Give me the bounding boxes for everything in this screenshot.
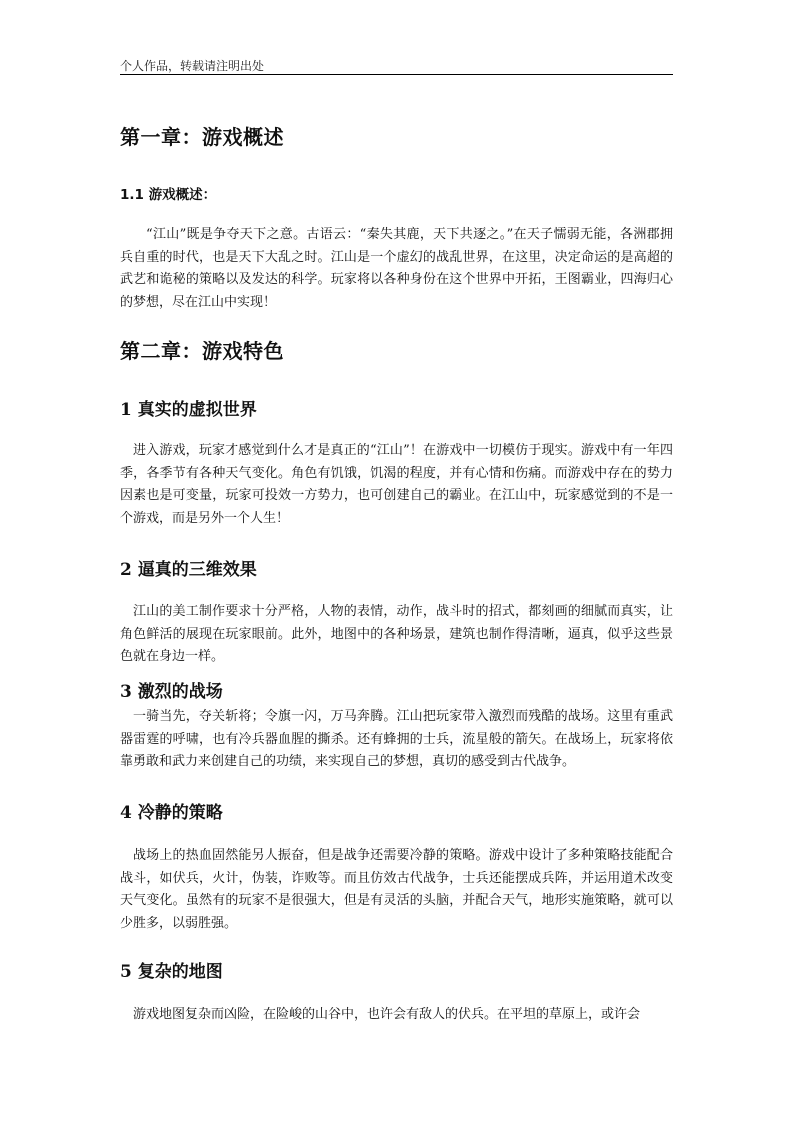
- chapter-1-title: 第一章：游戏概述: [120, 121, 284, 150]
- feature-3-title: 3 激烈的战场: [120, 677, 223, 702]
- feature-5-body: 游戏地图复杂而凶险，在险峻的山谷中，也许会有敌人的伏兵。在平坦的草原上，或许会: [120, 1004, 673, 1027]
- section-1-1-body: “江山”既是争夺天下之意。古语云：“秦失其鹿，天下共逐之。”在天子懦弱无能，各洲…: [120, 224, 673, 314]
- feature-1-body: 进入游戏，玩家才感觉到什么才是真正的“江山”！在游戏中一切模仿于现实。游戏中有一…: [120, 440, 673, 530]
- feature-4-body: 战场上的热血固然能另人振奋，但是战争还需要冷静的策略。游戏中设计了多种策略技能配…: [120, 845, 673, 935]
- feature-3-body: 一骑当先，夺关斩将；令旗一闪，万马奔腾。江山把玩家带入激烈而残酷的战场。这里有重…: [120, 706, 673, 774]
- feature-2-title: 2 逼真的三维效果: [120, 555, 257, 580]
- feature-5-title: 5 复杂的地图: [120, 957, 223, 982]
- section-1-1-title: 1.1 游戏概述：: [120, 183, 216, 203]
- header-text: 个人作品，转载请注明出处: [120, 57, 264, 74]
- chapter-2-title: 第二章：游戏特色: [120, 335, 284, 364]
- feature-1-title: 1 真实的虚拟世界: [120, 395, 257, 420]
- page-header: 个人作品，转载请注明出处: [120, 56, 673, 75]
- feature-4-title: 4 冷静的策略: [120, 798, 223, 823]
- feature-2-body: 江山的美工制作要求十分严格，人物的表情，动作，战斗时的招式，都刻画的细腻而真实，…: [120, 601, 673, 669]
